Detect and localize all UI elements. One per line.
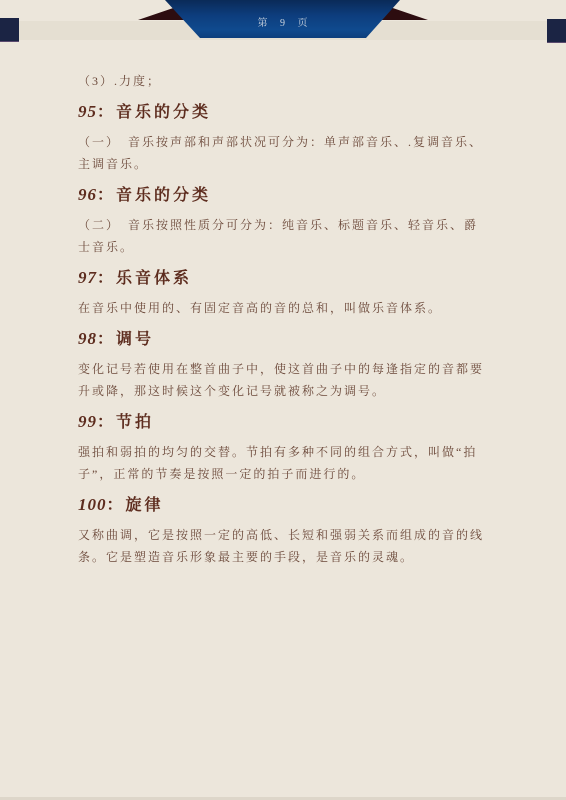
qa-answer-line: 强拍和弱拍的均匀的交替。节拍有多种不同的组合方式，叫做“拍: [78, 441, 494, 463]
intro-line: （3）.力度；: [78, 70, 494, 92]
qa-number: 98: [78, 329, 97, 348]
qa-section-97: 97：乐音体系 在音乐中使用的、有固定音高的音的总和，叫做乐音体系。: [78, 266, 494, 319]
qa-answer-line: 升或降，那这时候这个变化记号就被称之为调号。: [78, 380, 494, 402]
qa-section-99: 99：节拍 强拍和弱拍的均匀的交替。节拍有多种不同的组合方式，叫做“拍 子”，正…: [78, 410, 494, 485]
qa-answer-line: 条。它是塑造音乐形象最主要的手段，是音乐的灵魂。: [78, 546, 494, 568]
qa-title: 节拍: [116, 414, 154, 431]
qa-number: 99: [78, 412, 97, 431]
qa-section-100: 100：旋律 又称曲调，它是按照一定的高低、长短和强弱关系而组成的音的线 条。它…: [78, 493, 494, 568]
qa-title: 乐音体系: [116, 270, 192, 287]
qa-heading: 99：节拍: [78, 410, 494, 435]
qa-number: 100: [78, 495, 107, 514]
page-banner: 第 9 页: [0, 0, 566, 46]
qa-heading: 98：调号: [78, 327, 494, 352]
qa-title: 音乐的分类: [116, 187, 211, 204]
qa-colon: ：: [97, 104, 116, 121]
band-end-cap-left: [0, 18, 19, 41]
qa-section-95: 95：音乐的分类 （一） 音乐按声部和声部状况可分为：单声部音乐、.复调音乐、 …: [78, 100, 494, 175]
page-number-label: 第 9 页: [253, 10, 313, 29]
qa-title: 旋律: [126, 497, 164, 514]
qa-heading: 97：乐音体系: [78, 266, 494, 291]
qa-heading: 95：音乐的分类: [78, 100, 494, 125]
qa-number: 96: [78, 185, 97, 204]
qa-colon: ：: [107, 497, 126, 514]
qa-answer-line: 又称曲调，它是按照一定的高低、长短和强弱关系而组成的音的线: [78, 524, 494, 546]
qa-colon: ：: [97, 187, 116, 204]
qa-section-98: 98：调号 变化记号若使用在整首曲子中，使这首曲子中的每逢指定的音都要 升或降，…: [78, 327, 494, 402]
page-number-ribbon: 第 9 页: [160, 0, 405, 38]
qa-title: 音乐的分类: [116, 104, 211, 121]
qa-number: 97: [78, 268, 97, 287]
qa-section-96: 96：音乐的分类 （二） 音乐按照性质分可分为：纯音乐、标题音乐、轻音乐、爵 士…: [78, 183, 494, 258]
qa-answer-line: （一） 音乐按声部和声部状况可分为：单声部音乐、.复调音乐、: [78, 131, 494, 153]
qa-answer-line: 在音乐中使用的、有固定音高的音的总和，叫做乐音体系。: [78, 297, 494, 319]
qa-heading: 96：音乐的分类: [78, 183, 494, 208]
qa-colon: ：: [97, 414, 116, 431]
qa-answer-line: 主调音乐。: [78, 153, 494, 175]
qa-title: 调号: [116, 331, 154, 348]
qa-answer-line: 士音乐。: [78, 236, 494, 258]
qa-number: 95: [78, 102, 97, 121]
qa-heading: 100：旋律: [78, 493, 494, 518]
qa-colon: ：: [97, 270, 116, 287]
document-page: （3）.力度； 95：音乐的分类 （一） 音乐按声部和声部状况可分为：单声部音乐…: [78, 70, 494, 568]
qa-answer-line: （二） 音乐按照性质分可分为：纯音乐、标题音乐、轻音乐、爵: [78, 214, 494, 236]
qa-colon: ：: [97, 331, 116, 348]
band-end-cap-right: [547, 19, 566, 42]
qa-answer-line: 子”，正常的节奏是按照一定的拍子而进行的。: [78, 463, 494, 485]
qa-answer-line: 变化记号若使用在整首曲子中，使这首曲子中的每逢指定的音都要: [78, 358, 494, 380]
